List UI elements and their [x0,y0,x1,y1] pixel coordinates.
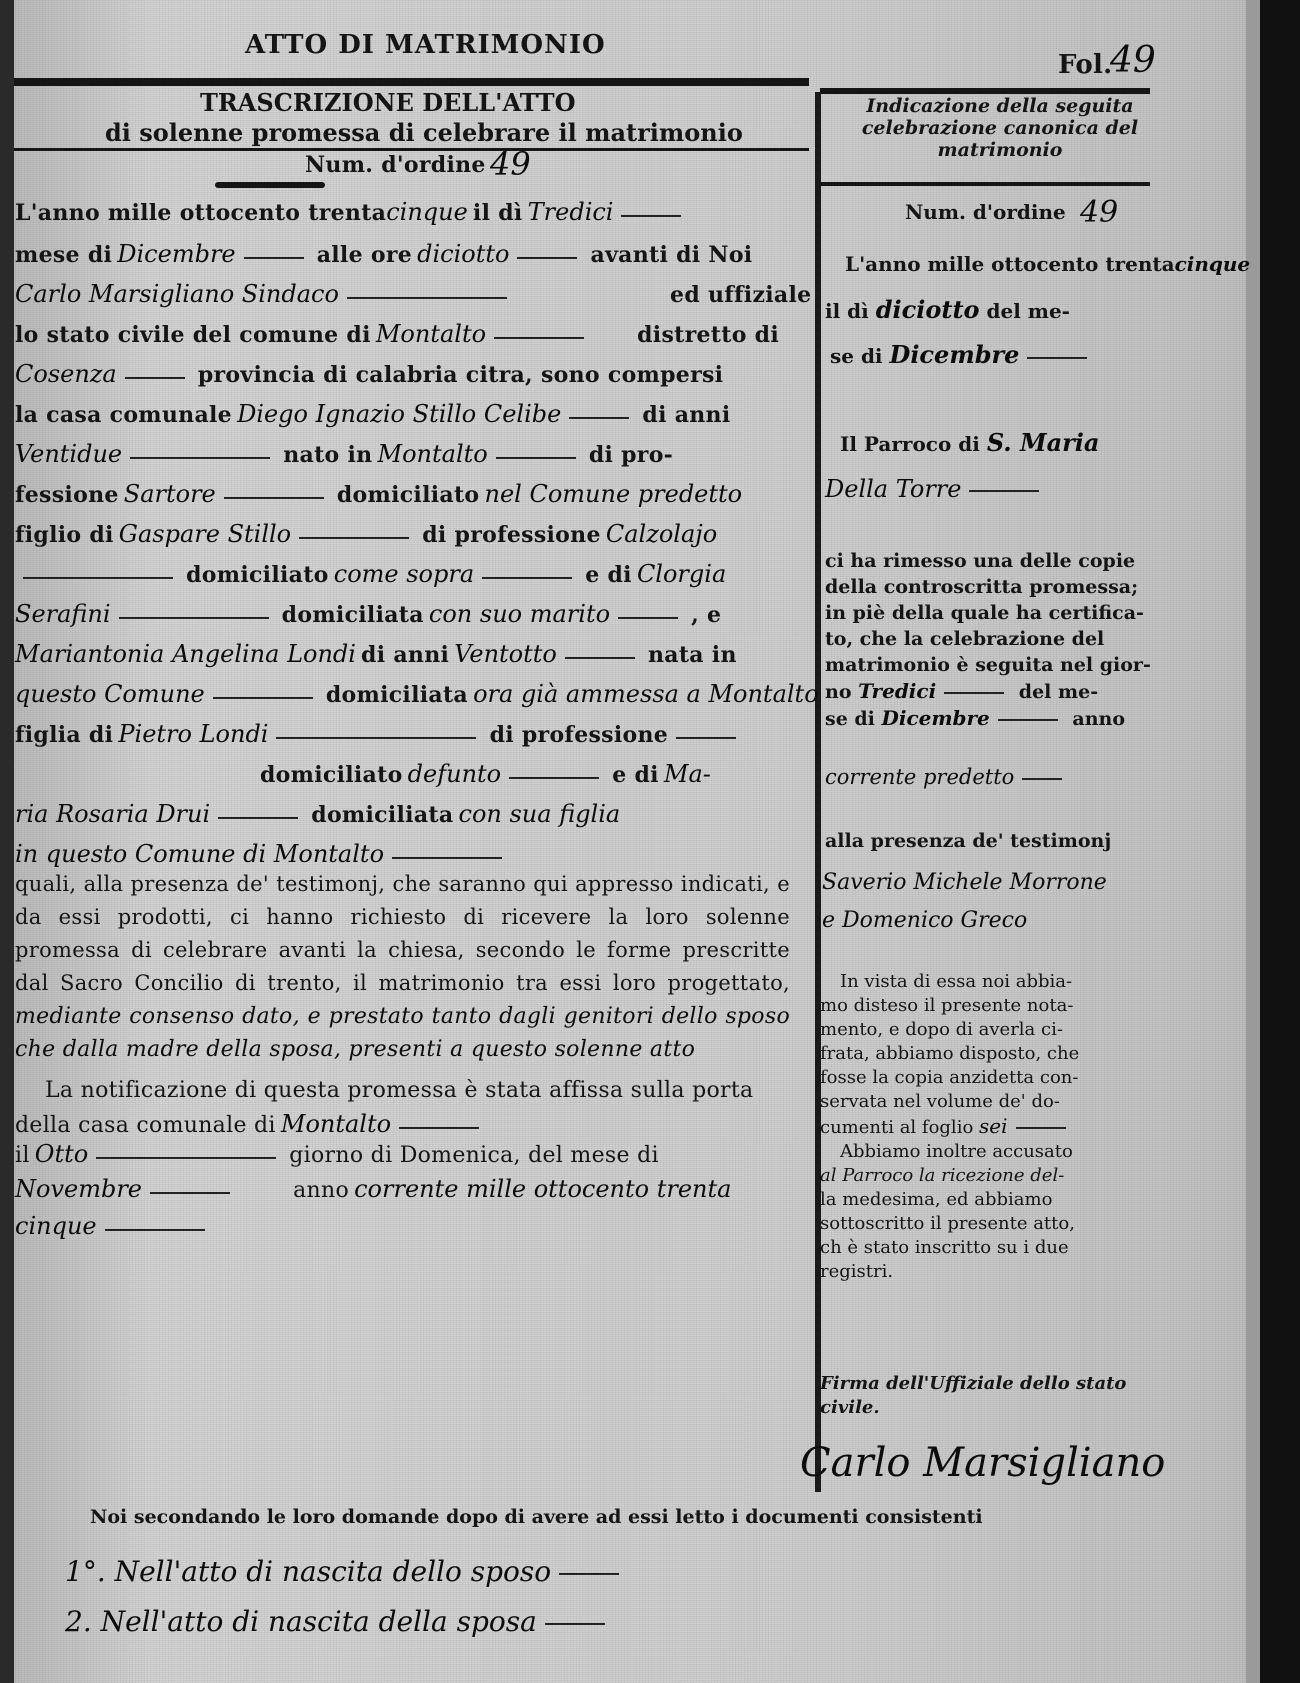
line-comune: lo stato civile del comune di Montalto d… [15,320,779,348]
right-day-line: il dì diciotto del me- [825,295,1070,324]
scan-background [1260,0,1300,1683]
line-year: L'anno mille ottocento trentacinque il d… [15,198,689,226]
parroco-line: Il Parroco di S. Maria [840,428,1099,457]
line-groom-mother-2: Serafini domiciliata con suo marito , e [15,600,721,628]
notification-line-4: Novembre anno corrente mille ottocento t… [15,1175,731,1203]
footer-item-2: 2. Nell'atto di nascita della sposa [65,1605,613,1638]
right-order-number: 49 [1080,195,1118,230]
binding-edge [0,0,14,1683]
line-groom-mother: domiciliato come sopra e di Clorgia [15,560,726,588]
line-bride-mother-2: in questo Comune di Montalto [15,840,510,868]
document-title: ATTO DI MATRIMONIO [245,30,606,60]
line-groom-age: Ventidue nato in Montalto di pro- [15,440,673,468]
line-bride-father: figlia di Pietro Londi di professione [15,720,744,748]
notification-line-1: La notificazione di questa promessa è st… [45,1078,753,1103]
header-rule-right [820,88,1150,94]
left-order-number: 49 [490,145,531,183]
witness-1: Saverio Michele Morrone [822,870,1107,895]
right-section-title: Indicazione della seguita celebrazione c… [835,95,1165,161]
promise-paragraph: quali, alla presenza de' testimonj, che … [15,868,790,1066]
notification-line-3: il Otto giorno di Domenica, del mese di [15,1140,659,1168]
left-subtitle-rule [14,148,809,151]
left-section-subtitle: di solenne promessa di celebrare il matr… [105,118,743,147]
line-bride-mother: ria Rosaria Drui domiciliata con sua fig… [15,800,620,828]
notification-line-2: della casa comunale di Montalto [15,1110,487,1138]
right-closing-text: In vista di essa noi abbia- mo disteso i… [820,970,1079,1284]
line-bride-father-2: domiciliato defunto e di Ma- [260,760,711,788]
line-bride: Mariantonia Angelina Londi di anni Vento… [15,640,737,668]
right-year-line: L'anno mille ottocento trentacinque [845,252,1250,276]
order-underline [215,182,325,188]
notification-line-5: cinque [15,1212,213,1240]
parroco-parish: Della Torre [825,475,1047,503]
line-groom-father: figlio di Gaspare Stillo di professione … [15,520,717,548]
signature-label: Firma dell'Uffiziale dello stato civile. [820,1372,1150,1420]
right-month-line: se di Dicembre [830,340,1095,369]
header-rule-left [14,78,809,86]
footer-item-1: 1°. Nell'atto di nascita dello sposo [65,1555,627,1588]
line-officer: Carlo Marsigliano Sindaco ed uffiziale [15,280,811,308]
folio-number: 49 [1110,40,1156,81]
line-month: mese di Dicembre alle ore diciotto avant… [15,240,752,268]
right-title-rule [820,182,1150,186]
left-order-label: Num. d'ordine [305,152,486,178]
right-body-text: ci ha rimesso una delle copie della cont… [825,548,1151,732]
anno-hand: corrente predetto [825,765,1070,789]
officer-signature: Carlo Marsigliano [800,1440,1165,1486]
line-bride-residence: questo Comune domiciliata ora già ammess… [15,680,819,708]
left-section-title: TRASCRIZIONE DELL'ATTO [200,88,576,117]
document-page: ATTO DI MATRIMONIO Fol. 49 TRASCRIZIONE … [0,0,1300,1683]
right-order-label: Num. d'ordine [905,200,1066,224]
line-groom-profession: fessione Sartore domiciliato nel Comune … [15,480,742,508]
folio-label: Fol. [1058,50,1113,80]
line-groom: la casa comunale Diego Ignazio Stillo Ce… [15,400,731,428]
line-district: Cosenza provincia di calabria citra, son… [15,360,723,388]
footer-printed-line: Noi secondando le loro domande dopo di a… [90,1506,983,1528]
witness-label: alla presenza de' testimonj [825,830,1111,852]
witness-2: e Domenico Greco [822,908,1027,933]
